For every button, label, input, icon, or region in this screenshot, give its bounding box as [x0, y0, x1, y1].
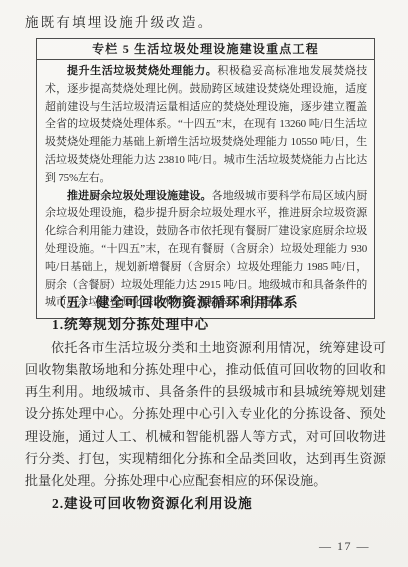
box-paragraph-1-text: 积极稳妥高标准地发展焚烧技术，逐步提高焚烧处理比例。鼓励跨区域建设焚烧处理设施，… [45, 65, 367, 184]
box-paragraph-2-text: 各地级城市要科学布局区域内厨余垃圾处理设施，稳步提升厨余垃圾处理水平，推进厨余垃… [45, 190, 367, 309]
box-paragraph-1-lead: 提升生活垃圾焚烧处理能力。 [67, 65, 217, 77]
feature-box: 专栏 5 生活垃圾处理设施建设重点工程 提升生活垃圾焚烧处理能力。积极稳妥高标准… [36, 38, 375, 319]
document-page: { "page": { "intro_line": "施既有填埋设施升级改造。"… [0, 0, 408, 567]
section-heading: （五）健全可回收物资源循环利用体系 [25, 292, 386, 314]
box-paragraph-incineration: 提升生活垃圾焚烧处理能力。积极稳妥高标准地发展焚烧技术，逐步提高焚烧处理比例。鼓… [45, 63, 367, 188]
box-paragraph-2-lead: 推进厨余垃圾处理设施建设。 [67, 190, 212, 202]
page-number: — 17 — [319, 539, 370, 554]
subsection-1-paragraph: 依托各市生活垃圾分类和土地资源利用情况，统筹建设可回收物集散场地和分拣处理中心，… [25, 337, 386, 493]
subsection-1-title: 1.统筹规划分拣处理中心 [25, 314, 386, 336]
feature-box-title: 专栏 5 生活垃圾处理设施建设重点工程 [37, 39, 374, 60]
subsection-2-title: 2.建设可回收物资源化利用设施 [25, 493, 386, 515]
section-content: （五）健全可回收物资源循环利用体系 1.统筹规划分拣处理中心 依托各市生活垃圾分… [25, 292, 386, 515]
intro-text: 施既有填埋设施升级改造。 [25, 11, 213, 31]
feature-box-body: 提升生活垃圾焚烧处理能力。积极稳妥高标准地发展焚烧技术，逐步提高焚烧处理比例。鼓… [37, 60, 374, 318]
